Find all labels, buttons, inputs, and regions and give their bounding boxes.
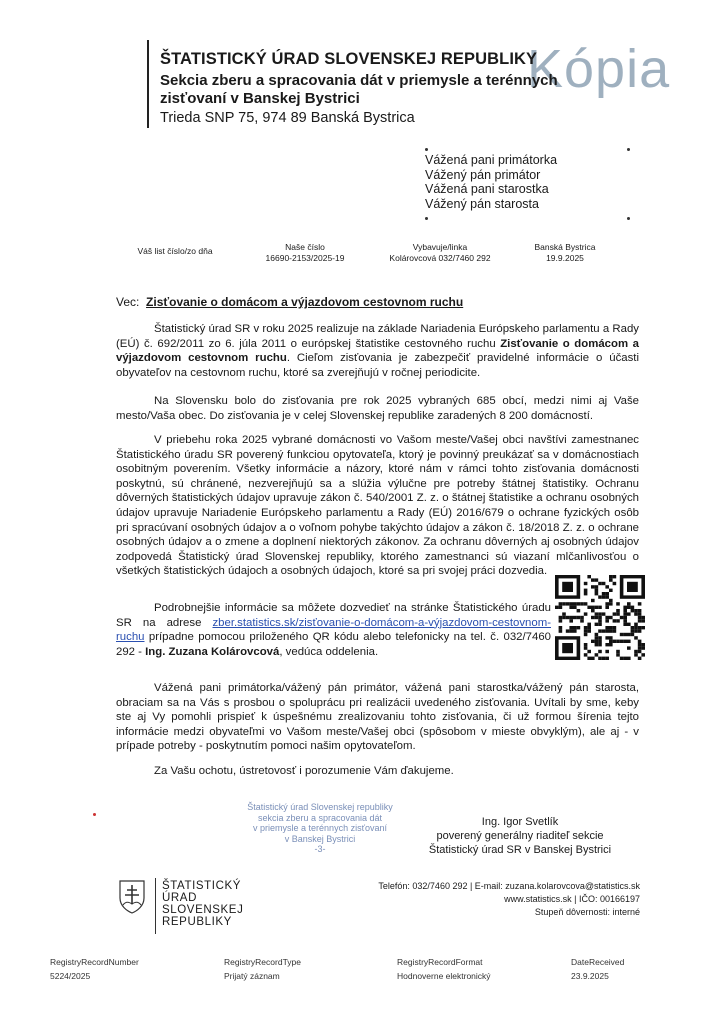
paragraph-4: Podrobnejšie informácie sa môžete dozved… — [116, 601, 551, 659]
registry-label: DateReceived — [571, 955, 624, 969]
your-letter-ref: Váš list číslo/zo dňa — [120, 246, 230, 257]
window-mark — [627, 217, 630, 220]
stamp-line: -3- — [230, 844, 410, 855]
logo-line: REPUBLIKY — [162, 916, 243, 928]
contact-web-ico: www.statistics.sk | IČO: 00166197 — [330, 893, 640, 906]
stamp-line: v Banskej Bystrici — [230, 834, 410, 845]
paragraph-6: Za Vašu ochotu, ústretovosť i porozumeni… — [116, 764, 639, 779]
place-date-ref: Banská Bystrica 19.9.2025 — [520, 242, 610, 264]
registry-label: RegistryRecordFormat — [397, 955, 491, 969]
logo-divider — [155, 878, 156, 934]
addressee-line: Vážený pán starosta — [425, 197, 557, 212]
p5-text: Vážená pani primátorka/vážený pán primát… — [116, 681, 639, 754]
confidentiality-level: Stupeň dôvernosti: interné — [330, 906, 640, 919]
handled-by-value: Kolárovcová 032/7460 292 — [370, 253, 510, 264]
our-number-ref: Naše číslo 16690-2153/2025-19 — [250, 242, 360, 264]
addressee-line: Vážená pani starostka — [425, 182, 557, 197]
our-number-value: 16690-2153/2025-19 — [250, 253, 360, 264]
signatory-name: Ing. Igor Svetlík — [410, 815, 630, 829]
section-name: Sekcia zberu a spracovania dát v priemys… — [160, 72, 580, 108]
letter-date: 19.9.2025 — [520, 253, 610, 264]
stamp-line: sekcia zberu a spracovania dát — [230, 813, 410, 824]
contact-info: Telefón: 032/7460 292 | E-mail: zuzana.k… — [330, 880, 640, 919]
registry-value: Hodnoverne elektronický — [397, 969, 491, 983]
subject-line: Vec: Zisťovanie o domácom a výjazdovom c… — [116, 295, 463, 309]
subject-label: Vec: — [116, 295, 139, 309]
logo-line: ÚRAD — [162, 892, 243, 904]
scan-mark — [93, 813, 96, 816]
addressee-line: Vážený pán primátor — [425, 168, 557, 183]
registry-value: Prijatý záznam — [224, 969, 301, 983]
paragraph-2: Na Slovensku bolo do zisťovania pre rok … — [116, 394, 639, 423]
stamp-line: Štatistický úrad Slovenskej republiky — [230, 802, 410, 813]
window-mark — [627, 148, 630, 151]
signatory-role: poverený generálny riaditeľ sekcie — [410, 829, 630, 843]
paragraph-5: Vážená pani primátorka/vážený pán primát… — [116, 681, 639, 754]
registry-value: 5224/2025 — [50, 969, 139, 983]
window-mark — [425, 217, 428, 220]
contact-person: Ing. Zuzana Kolárovcová — [145, 646, 279, 658]
our-number-label: Naše číslo — [250, 242, 360, 253]
window-mark — [425, 148, 428, 151]
paragraph-3: V priebehu roka 2025 vybrané domácnosti … — [116, 433, 639, 579]
contact-phone-email: Telefón: 032/7460 292 | E-mail: zuzana.k… — [330, 880, 640, 893]
organization-address: Trieda SNP 75, 974 89 Banská Bystrica — [160, 110, 415, 126]
registry-label: RegistryRecordNumber — [50, 955, 139, 969]
registry-label: RegistryRecordType — [224, 955, 301, 969]
registry-date-received: DateReceived 23.9.2025 — [571, 955, 624, 983]
signatory-org: Štatistický úrad SR v Banskej Bystrici — [410, 843, 630, 857]
p6-text: Za Vašu ochotu, ústretovosť i porozumeni… — [116, 764, 639, 779]
paragraph-1: Štatistický úrad SR v roku 2025 realizuj… — [116, 322, 639, 380]
handled-by-ref: Vybavuje/linka Kolárovcová 032/7460 292 — [370, 242, 510, 264]
qr-code[interactable] — [555, 575, 645, 660]
subject-title: Zisťovanie o domácom a výjazdovom cestov… — [146, 295, 463, 309]
registry-record-number: RegistryRecordNumber 5224/2025 — [50, 955, 139, 983]
signature-block: Ing. Igor Svetlík poverený generálny ria… — [410, 815, 630, 857]
addressee-line: Vážená pani primátorka — [425, 153, 557, 168]
header-rule — [147, 40, 149, 128]
p3-text: V priebehu roka 2025 vybrané domácnosti … — [116, 433, 639, 579]
p4-text-end: , vedúca oddelenia. — [279, 646, 378, 658]
stamp-line: v priemysle a terénnych zisťovaní — [230, 823, 410, 834]
registry-value: 23.9.2025 — [571, 969, 624, 983]
coat-of-arms-icon — [119, 880, 145, 914]
handled-by-label: Vybavuje/linka — [370, 242, 510, 253]
addressee-block: Vážená pani primátorka Vážený pán primát… — [425, 153, 557, 211]
logo-line: ŠTATISTICKÝ — [162, 880, 243, 892]
place: Banská Bystrica — [520, 242, 610, 253]
organization-name: ŠTATISTICKÝ ÚRAD SLOVENSKEJ REPUBLIKY — [160, 50, 537, 69]
p2-text: Na Slovensku bolo do zisťovania pre rok … — [116, 394, 639, 423]
registry-record-format: RegistryRecordFormat Hodnoverne elektron… — [397, 955, 491, 983]
logo-line: SLOVENSKEJ — [162, 904, 243, 916]
official-stamp: Štatistický úrad Slovenskej republiky se… — [230, 802, 410, 855]
registry-record-type: RegistryRecordType Prijatý záznam — [224, 955, 301, 983]
logo-wordmark: ŠTATISTICKÝ ÚRAD SLOVENSKEJ REPUBLIKY — [162, 880, 243, 928]
your-letter-label: Váš list číslo/zo dňa — [120, 246, 230, 257]
